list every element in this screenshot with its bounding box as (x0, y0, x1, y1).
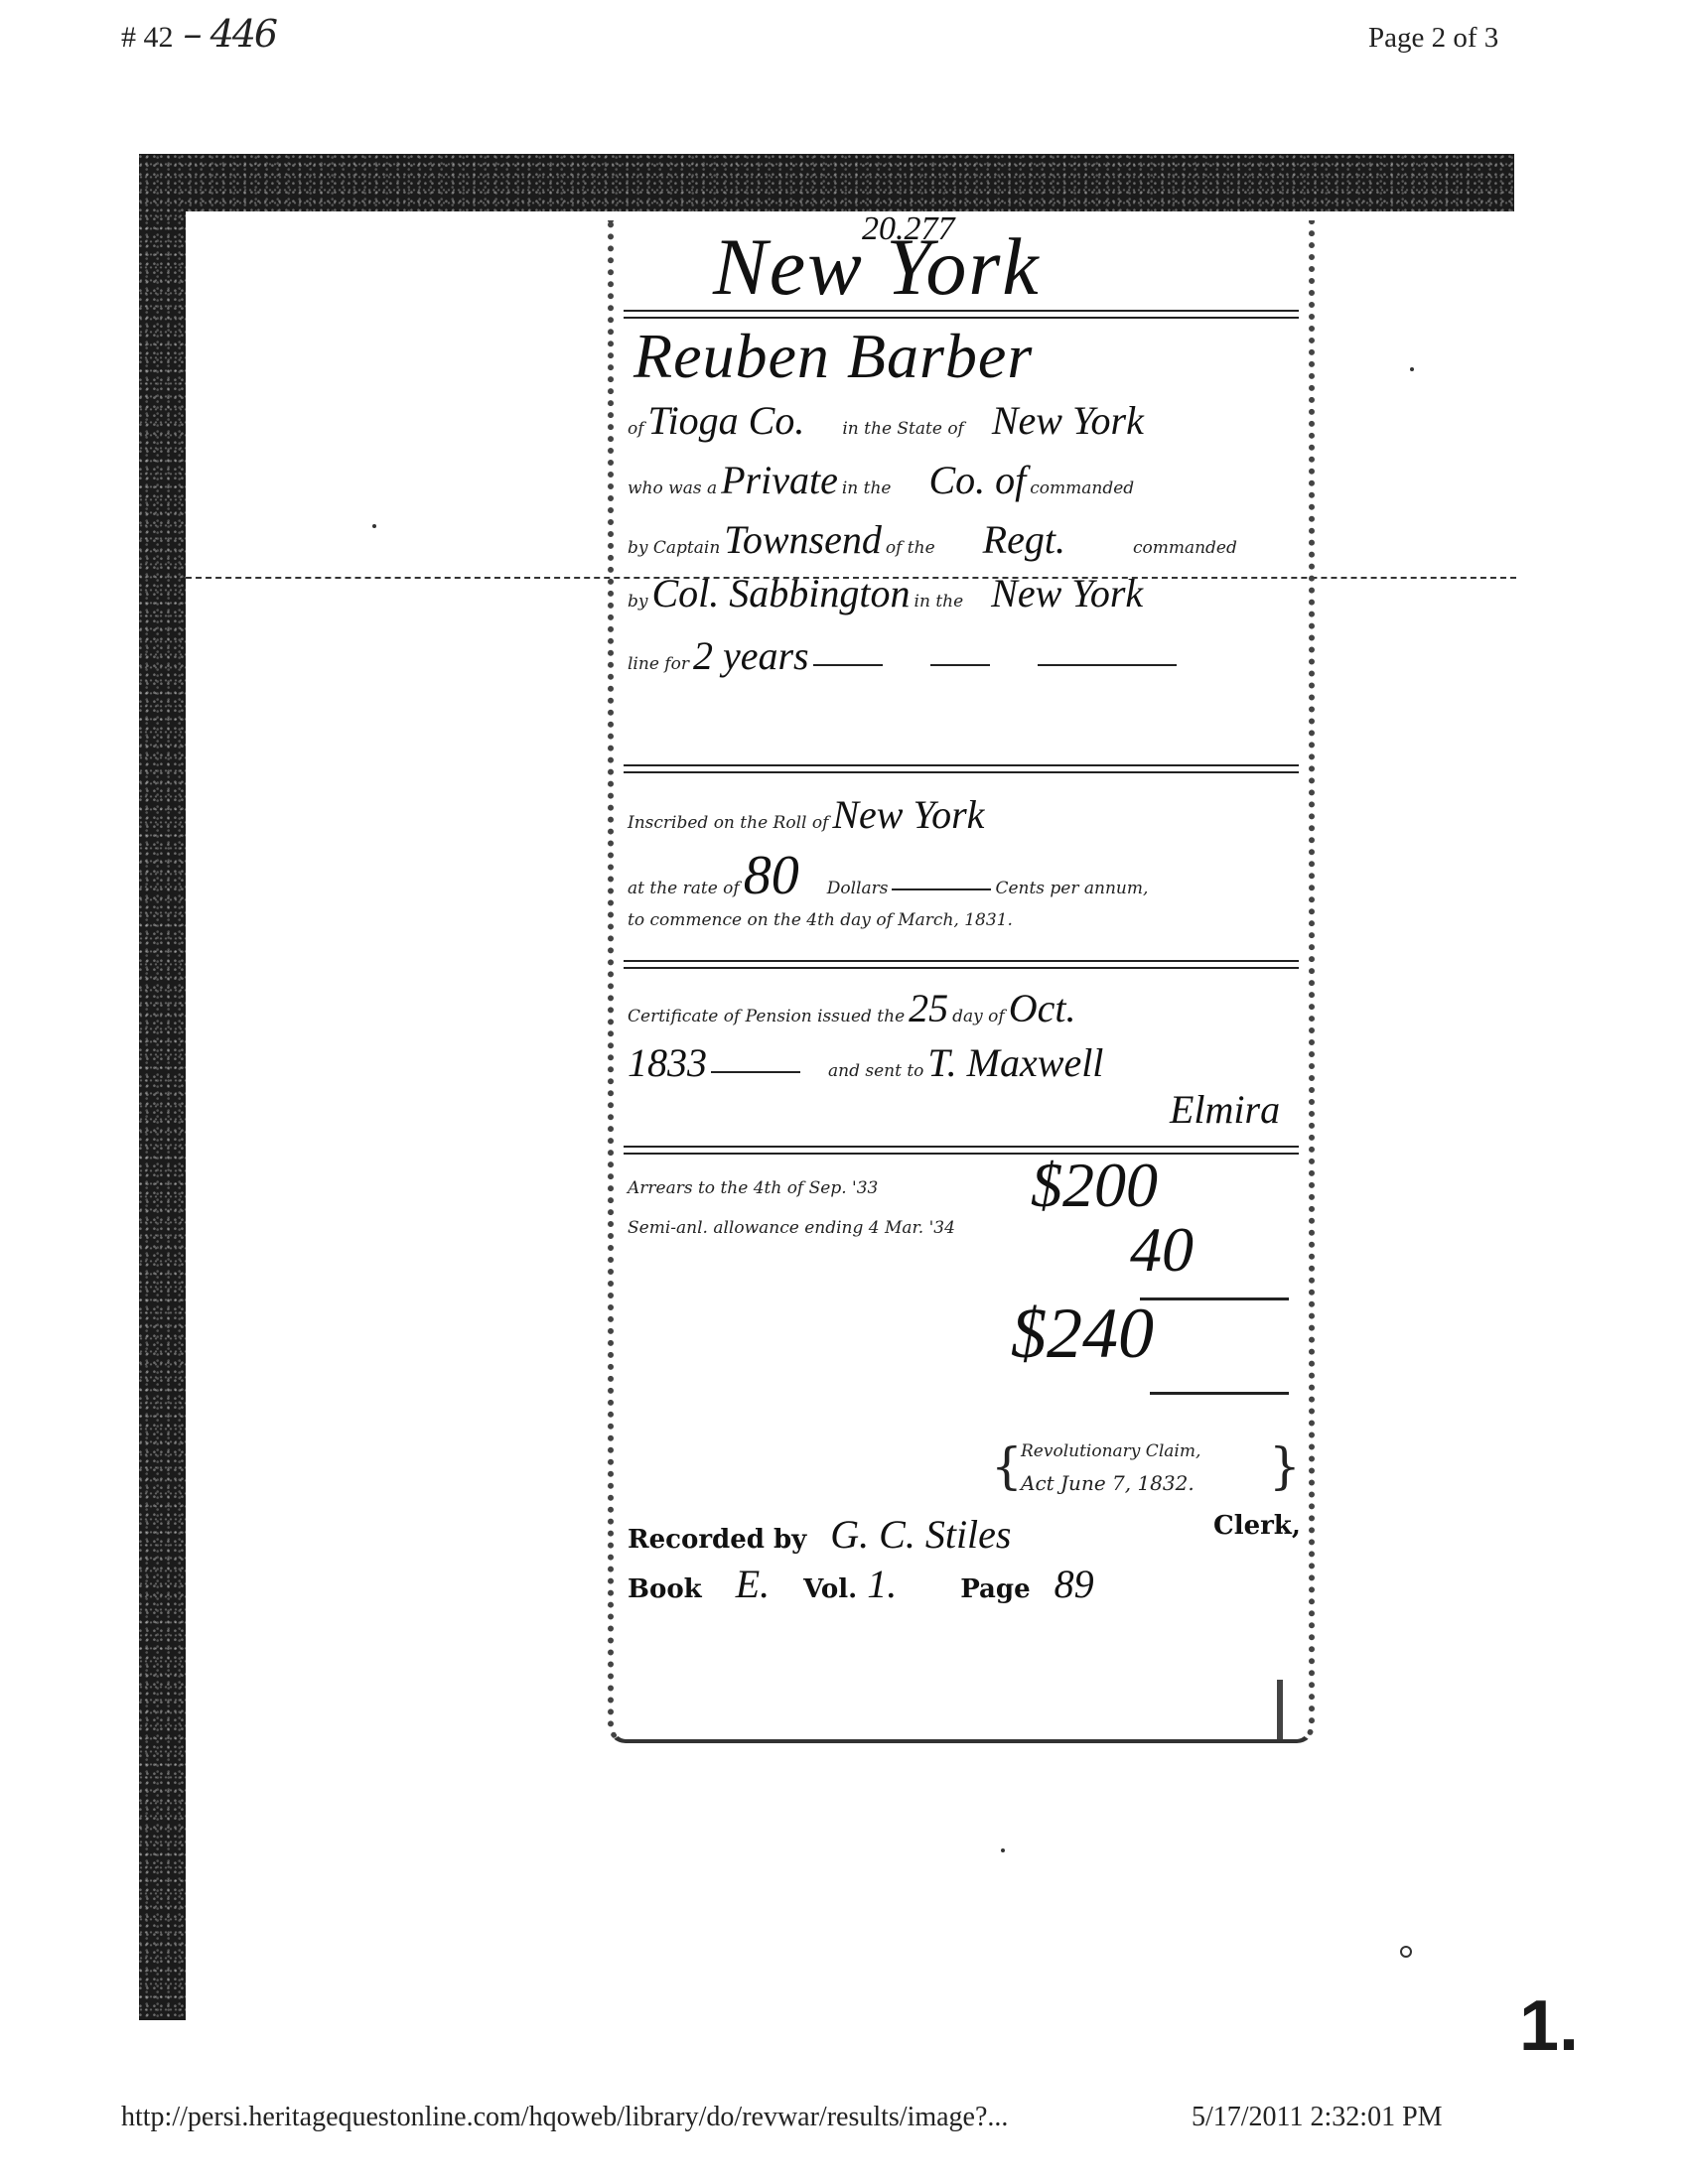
service-line-rank: who was a Private in the Co. of commande… (628, 457, 1134, 503)
service-line-county: of Tioga Co. in the State of New York (628, 397, 1144, 444)
record-number-handwritten: – 446 (184, 12, 277, 56)
page-indicator: Page 2 of 3 (1368, 22, 1498, 55)
scan-frame-top-border (139, 154, 1514, 211)
service-line-captain: by Captain Townsend of the Regt. command… (628, 516, 1237, 563)
inscribed-line: Inscribed on the Roll of New York (628, 791, 984, 838)
scan-speck (1410, 367, 1414, 371)
source-url: http://persi.heritagequestonline.com/hqo… (121, 2102, 1008, 2133)
card-edge-mark (1277, 1680, 1283, 1739)
arrears-amount: $200 (1031, 1149, 1158, 1222)
certificate-line: Certificate of Pension issued the 25 day… (628, 985, 1075, 1031)
divider-rule (624, 1146, 1299, 1155)
rank: Private (721, 458, 838, 502)
margin-annotation: 1. (1519, 1985, 1579, 2067)
term: 2 years (693, 633, 809, 678)
total-rule (1150, 1392, 1289, 1395)
roll-state: New York (832, 792, 984, 837)
semi-annual-amount: 40 (1130, 1213, 1194, 1287)
pension-rate: 80 (744, 845, 799, 906)
line-name: New York (991, 571, 1143, 615)
certificate-month: Oct. (1009, 986, 1076, 1030)
commence-line: to commence on the 4th day of March, 183… (628, 910, 1013, 930)
sum-rule (1140, 1297, 1289, 1300)
recorded-by-line: Recorded by G. C. Stiles Clerk, (628, 1511, 1303, 1558)
print-datetime: 5/17/2011 2:32:01 PM (1192, 2102, 1443, 2133)
divider-rule (624, 310, 1299, 319)
service-line-colonel: by Col. Sabbington in the New York (628, 570, 1143, 616)
scan-frame-left-border (139, 154, 186, 2020)
divider-rule (624, 960, 1299, 969)
record-number: # 42– 446 (121, 12, 276, 56)
captain: Townsend (724, 517, 882, 562)
state-heading: New York (713, 220, 1041, 314)
vol-value: 1. (867, 1562, 897, 1606)
scan-speck (372, 524, 376, 528)
book-vol-page-line: Book E. Vol. 1. Page 89 (628, 1561, 1303, 1607)
pensioner-name: Reuben Barber (633, 320, 1033, 393)
book-value: E. (736, 1562, 770, 1606)
act-line-2: Act June 7, 1832. (1021, 1471, 1195, 1495)
act-line-1: Revolutionary Claim, (1021, 1441, 1200, 1461)
service-line-term: line for 2 years (628, 632, 1177, 679)
pension-card: 20.277 New York Reuben Barber of Tioga C… (608, 220, 1315, 1743)
scan-speck (1001, 1848, 1005, 1852)
scan-speck (1400, 1946, 1412, 1958)
colonel: Col. Sabbington (652, 571, 911, 615)
divider-rule (624, 764, 1299, 773)
certificate-recipient: T. Maxwell (927, 1040, 1103, 1085)
state: New York (992, 398, 1144, 443)
county: Tioga Co. (648, 398, 805, 443)
rate-line: at the rate of 80 Dollars Cents per annu… (628, 844, 1148, 907)
record-number-printed: # 42 (121, 21, 174, 54)
clerk-signature: G. C. Stiles (830, 1512, 1011, 1557)
arrears-label: Arrears to the 4th of Sep. '33 (628, 1178, 878, 1198)
certificate-day: 25 (909, 986, 948, 1030)
semi-annual-label: Semi-anl. allowance ending 4 Mar. '34 (628, 1218, 955, 1238)
certificate-sent-line: 1833 and sent to T. Maxwell (628, 1039, 1103, 1086)
certificate-place: Elmira (1170, 1086, 1280, 1133)
regiment: Regt. (983, 517, 1065, 562)
certificate-year: 1833 (628, 1040, 707, 1085)
unit: Co. of (928, 458, 1026, 502)
page-value: 89 (1055, 1562, 1094, 1606)
total-amount: $240 (1011, 1293, 1154, 1375)
